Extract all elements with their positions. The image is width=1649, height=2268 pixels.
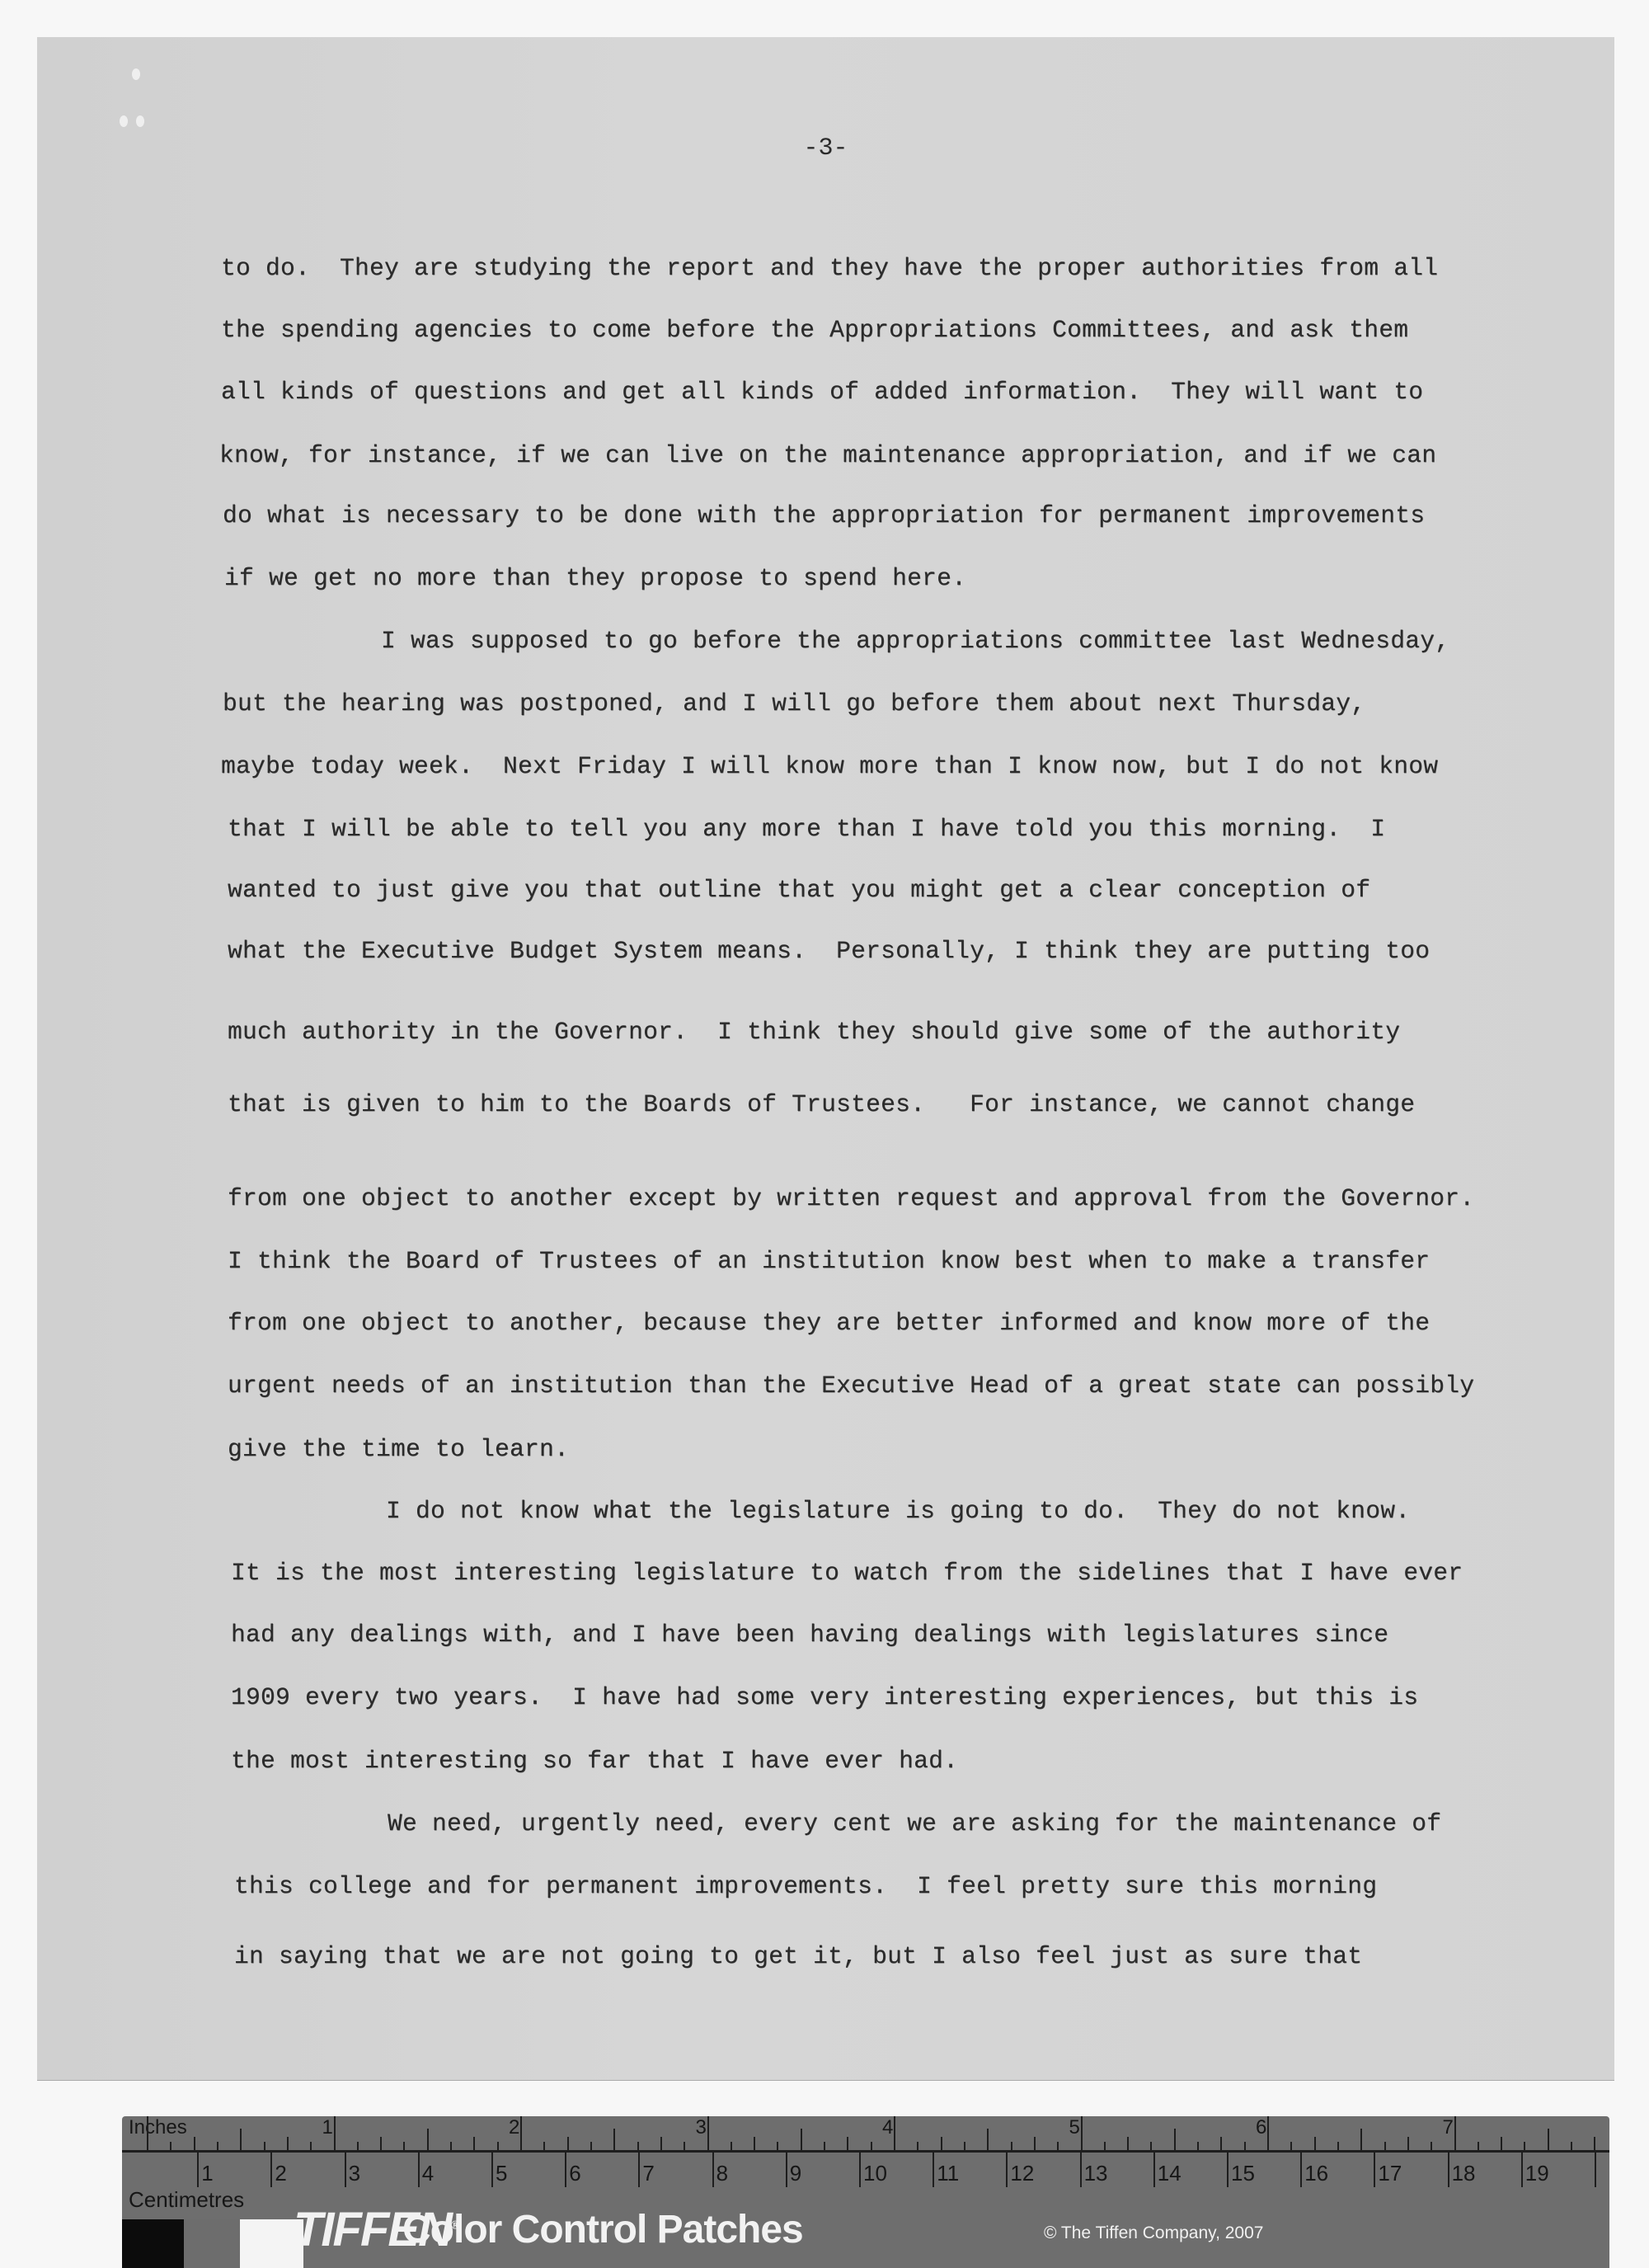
paragraph-first-line: We need, urgently need, every cent we ar… bbox=[388, 1809, 1441, 1837]
inch-tick-label: 6 bbox=[1256, 2116, 1266, 2139]
inch-tick bbox=[1034, 2137, 1036, 2150]
cm-tick bbox=[1080, 2153, 1082, 2187]
cm-tick bbox=[1300, 2153, 1302, 2187]
cm-tick bbox=[1521, 2153, 1523, 2187]
inch-tick bbox=[777, 2142, 778, 2150]
inch-tick bbox=[1548, 2129, 1549, 2150]
inch-tick bbox=[731, 2142, 732, 2150]
inch-tick-label: 7 bbox=[1443, 2116, 1454, 2139]
text-line: but the hearing was postponed, and I wil… bbox=[223, 689, 1365, 718]
punch-hole-mark bbox=[120, 115, 128, 127]
cm-tick-label: 8 bbox=[716, 2161, 728, 2186]
inch-tick bbox=[334, 2116, 336, 2150]
text-line: the most interesting so far that I have … bbox=[231, 1747, 958, 1775]
inch-tick bbox=[473, 2137, 475, 2150]
inch-tick bbox=[1104, 2142, 1106, 2150]
inch-tick bbox=[427, 2129, 429, 2150]
cm-tick-label: 14 bbox=[1158, 2161, 1182, 2186]
inch-tick bbox=[287, 2137, 289, 2150]
typed-page: -3- to do. They are studying the report … bbox=[37, 37, 1614, 2080]
inch-tick bbox=[310, 2142, 312, 2150]
inch-tick bbox=[1081, 2116, 1083, 2150]
text-line: maybe today week. Next Friday I will kno… bbox=[221, 752, 1438, 780]
inch-tick bbox=[1220, 2137, 1222, 2150]
inch-tick bbox=[403, 2142, 405, 2150]
text-line: to do. They are studying the report and … bbox=[221, 254, 1438, 282]
text-line: from one object to another, because they… bbox=[228, 1309, 1430, 1337]
inch-tick bbox=[1267, 2116, 1269, 2150]
text-line: from one object to another except by wri… bbox=[228, 1184, 1474, 1212]
text-line: that I will be able to tell you any more… bbox=[228, 815, 1385, 843]
inch-tick bbox=[1384, 2142, 1386, 2150]
inch-tick bbox=[754, 2137, 755, 2150]
cm-tick-label: 13 bbox=[1084, 2161, 1108, 2186]
inch-tick bbox=[1524, 2142, 1525, 2150]
text-line: give the time to learn. bbox=[228, 1435, 569, 1463]
chart-title: Color Control Patches bbox=[402, 2207, 803, 2252]
inch-tick-label: 5 bbox=[1069, 2116, 1080, 2139]
cm-tick bbox=[786, 2153, 787, 2187]
inch-tick bbox=[964, 2142, 965, 2150]
cm-tick bbox=[933, 2153, 934, 2187]
cm-tick-label: 19 bbox=[1525, 2161, 1549, 2186]
inch-tick bbox=[613, 2129, 615, 2150]
text-line: I think the Board of Trustees of an inst… bbox=[228, 1247, 1430, 1275]
inch-tick bbox=[1431, 2142, 1432, 2150]
inch-tick bbox=[240, 2129, 242, 2150]
cm-tick bbox=[1227, 2153, 1229, 2187]
cm-tick-label: 6 bbox=[569, 2161, 580, 2186]
inch-tick bbox=[987, 2129, 989, 2150]
inch-tick bbox=[520, 2116, 522, 2150]
inch-tick bbox=[590, 2142, 592, 2150]
inch-tick bbox=[380, 2137, 382, 2150]
inch-tick bbox=[707, 2116, 709, 2150]
cm-tick-label: 3 bbox=[349, 2161, 360, 2186]
inch-tick bbox=[894, 2116, 895, 2150]
text-line: 1909 every two years. I have had some ve… bbox=[231, 1683, 1418, 1711]
color-control-ruler: Inches 12345678 123456789101112131415161… bbox=[122, 2116, 1609, 2268]
text-line: the spending agencies to come before the… bbox=[221, 316, 1408, 344]
cm-tick bbox=[565, 2153, 566, 2187]
cm-tick bbox=[270, 2153, 272, 2187]
cm-tick-label: 16 bbox=[1304, 2161, 1328, 2186]
inch-tick bbox=[1244, 2142, 1246, 2150]
inch-tick bbox=[847, 2137, 848, 2150]
cm-tick-label: 17 bbox=[1378, 2161, 1402, 2186]
inch-tick bbox=[567, 2137, 569, 2150]
cm-tick bbox=[1153, 2153, 1155, 2187]
inch-tick bbox=[660, 2137, 662, 2150]
inch-tick bbox=[1454, 2116, 1456, 2150]
cm-tick-label: 12 bbox=[1010, 2161, 1034, 2186]
inch-tick bbox=[1571, 2142, 1572, 2150]
inch-tick bbox=[941, 2137, 942, 2150]
inch-tick bbox=[824, 2142, 825, 2150]
inch-tick bbox=[1360, 2129, 1362, 2150]
inch-tick bbox=[1197, 2142, 1199, 2150]
text-line: that is given to him to the Boards of Tr… bbox=[228, 1090, 1415, 1118]
inch-tick bbox=[801, 2129, 802, 2150]
text-line: this college and for permanent improveme… bbox=[234, 1872, 1377, 1900]
swatch-gray bbox=[184, 2219, 240, 2268]
text-line: wanted to just give you that outline tha… bbox=[228, 876, 1370, 904]
inch-tick bbox=[357, 2142, 359, 2150]
inch-tick bbox=[1337, 2142, 1339, 2150]
cm-tick-label: 1 bbox=[201, 2161, 213, 2186]
inch-tick-label: 1 bbox=[322, 2116, 333, 2139]
inch-tick bbox=[917, 2142, 918, 2150]
inch-tick bbox=[543, 2142, 545, 2150]
swatch-black bbox=[122, 2219, 184, 2268]
page-number: -3- bbox=[37, 134, 1614, 162]
cm-tick-label: 10 bbox=[863, 2161, 887, 2186]
text-line: It is the most interesting legislature t… bbox=[231, 1559, 1463, 1587]
inch-tick bbox=[1314, 2137, 1316, 2150]
inch-tick bbox=[1501, 2137, 1502, 2150]
cm-tick bbox=[712, 2153, 714, 2187]
cm-tick-label: 2 bbox=[275, 2161, 286, 2186]
copyright-notice: © The Tiffen Company, 2007 bbox=[1044, 2223, 1263, 2243]
inch-tick bbox=[194, 2137, 195, 2150]
inch-tick bbox=[1594, 2137, 1595, 2150]
cm-tick bbox=[638, 2153, 640, 2187]
inch-tick bbox=[497, 2142, 499, 2150]
cm-tick bbox=[859, 2153, 861, 2187]
cm-tick-label: 9 bbox=[790, 2161, 801, 2186]
cm-tick bbox=[345, 2153, 346, 2187]
text-line: had any dealings with, and I have been h… bbox=[231, 1621, 1388, 1649]
centimetres-label: Centimetres bbox=[129, 2187, 244, 2213]
inch-tick bbox=[217, 2142, 218, 2150]
inch-tick bbox=[637, 2142, 639, 2150]
cm-tick-label: 4 bbox=[422, 2161, 434, 2186]
text-line: much authority in the Governor. I think … bbox=[228, 1018, 1400, 1046]
inch-tick bbox=[1127, 2137, 1129, 2150]
inch-tick bbox=[1407, 2137, 1409, 2150]
cm-tick-label: 5 bbox=[496, 2161, 507, 2186]
text-line: in saying that we are not going to get i… bbox=[234, 1942, 1362, 1970]
cm-tick-label: 15 bbox=[1231, 2161, 1255, 2186]
inch-tick bbox=[1290, 2142, 1292, 2150]
inch-tick bbox=[170, 2142, 171, 2150]
text-line: do what is necessary to be done with the… bbox=[223, 501, 1425, 529]
text-line: if we get no more than they propose to s… bbox=[224, 564, 966, 592]
inch-tick-label: 3 bbox=[696, 2116, 707, 2139]
inch-tick-label: 2 bbox=[509, 2116, 519, 2139]
punch-hole-mark bbox=[136, 115, 144, 127]
inch-tick bbox=[264, 2142, 265, 2150]
cm-tick bbox=[1448, 2153, 1449, 2187]
cm-tick-label: 7 bbox=[642, 2161, 654, 2186]
cm-tick bbox=[197, 2153, 199, 2187]
inch-tick bbox=[1174, 2129, 1176, 2150]
inch-tick bbox=[1150, 2142, 1152, 2150]
text-line: what the Executive Budget System means. … bbox=[228, 937, 1430, 965]
text-line: urgent needs of an institution than the … bbox=[228, 1372, 1474, 1400]
cm-tick bbox=[418, 2153, 420, 2187]
punch-hole-mark bbox=[132, 68, 140, 80]
inch-tick bbox=[871, 2142, 872, 2150]
inch-tick bbox=[1057, 2142, 1059, 2150]
cm-tick bbox=[1006, 2153, 1008, 2187]
cm-tick-label: 18 bbox=[1452, 2161, 1476, 2186]
inch-tick bbox=[684, 2142, 685, 2150]
paragraph-first-line: I do not know what the legislature is go… bbox=[386, 1497, 1410, 1525]
inch-tick bbox=[1478, 2142, 1479, 2150]
inch-tick-label: 4 bbox=[882, 2116, 893, 2139]
inch-tick bbox=[1011, 2142, 1012, 2150]
inch-tick bbox=[147, 2116, 148, 2150]
cm-tick-label: 11 bbox=[937, 2161, 959, 2186]
text-line: know, for instance, if we can live on th… bbox=[219, 441, 1436, 469]
inches-label: Inches bbox=[129, 2116, 187, 2139]
inch-tick bbox=[450, 2142, 452, 2150]
cm-tick bbox=[491, 2153, 493, 2187]
cm-tick bbox=[1374, 2153, 1375, 2187]
paragraph-first-line: I was supposed to go before the appropri… bbox=[381, 627, 1449, 655]
text-line: all kinds of questions and get all kinds… bbox=[221, 378, 1423, 406]
cm-tick bbox=[1595, 2153, 1596, 2187]
